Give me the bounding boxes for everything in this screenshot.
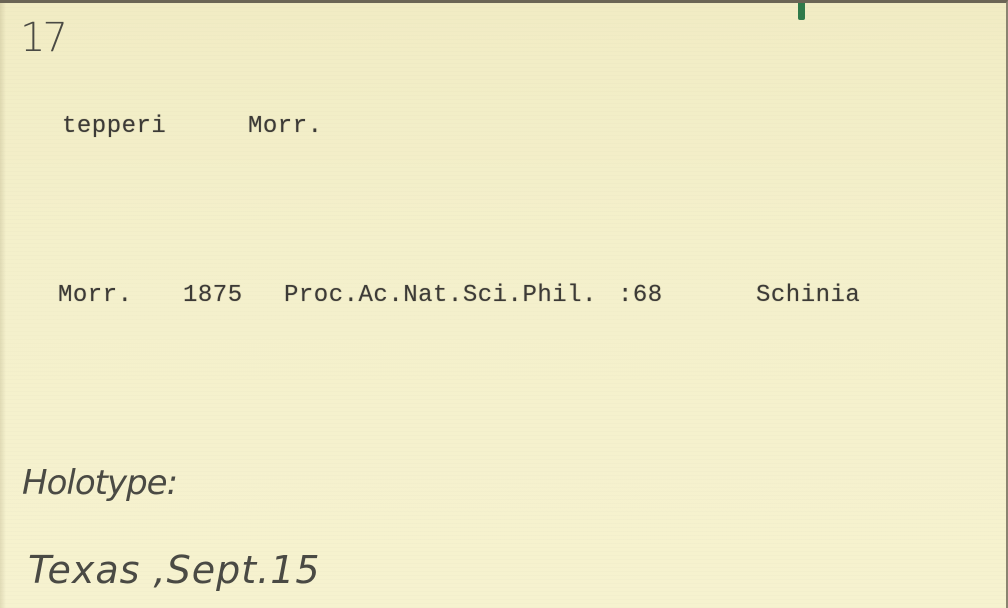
holotype-locality: Texas ,Sept.15 — [28, 548, 321, 592]
reference-journal: Proc.Ac.Nat.Sci.Phil. — [284, 282, 597, 309]
reference-page: :68 — [618, 282, 663, 309]
reference-genus: Schinia — [756, 282, 860, 309]
card-number: 17 — [20, 15, 65, 61]
species-author: Morr. — [248, 113, 323, 140]
green-tab-marker — [798, 3, 805, 20]
reference-year: 1875 — [183, 282, 243, 309]
species-name: tepperi — [62, 113, 166, 140]
index-card: 17 tepperi Morr. Morr. 1875 Proc.Ac.Nat.… — [0, 0, 1008, 608]
reference-author: Morr. — [58, 282, 133, 309]
holotype-label: Holotype: — [22, 463, 177, 503]
